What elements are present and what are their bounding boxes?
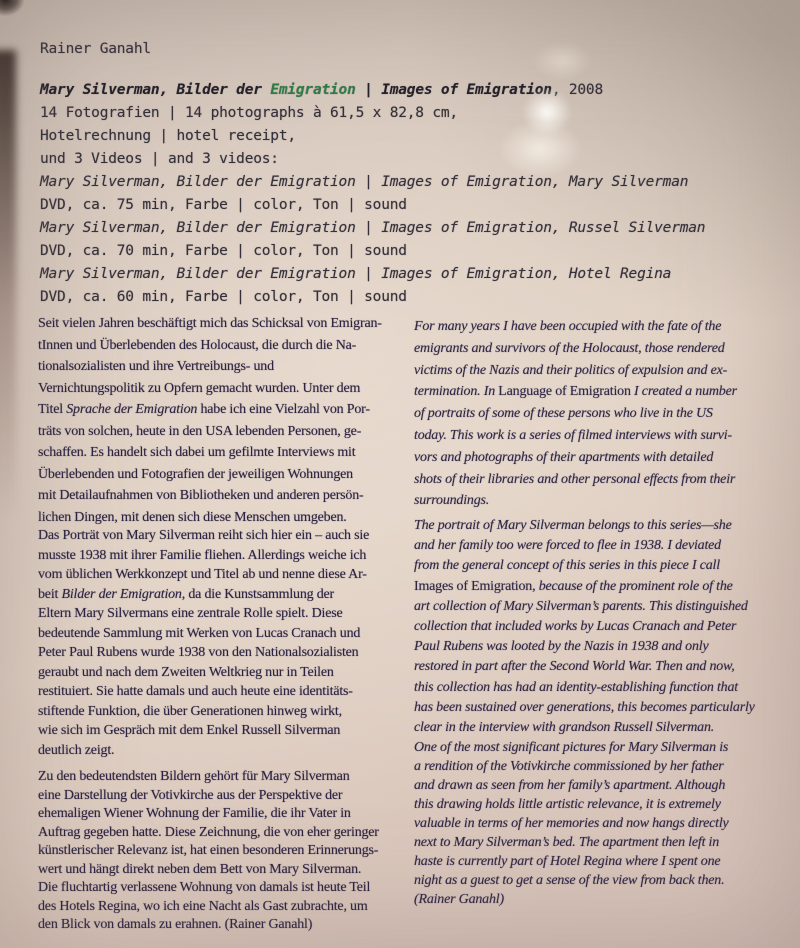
caption-line: DVD, ca. 60 min, Farbe | color, Ton | so… [40,286,705,309]
text-line: Titel Sprache der Emigration habe ich ei… [38,399,382,421]
german-paragraph-2: Das Porträt von Mary Silverman reiht sic… [38,526,369,760]
text-line: ehemaligen Wiener Wohnung der Familie, d… [38,805,379,824]
german-paragraph-1: Seit vielen Jahren beschäftigt mich das … [38,313,382,528]
text-line: Eltern Mary Silvermans eine zentrale Rol… [38,604,369,624]
text-line: des Hotels Regina, wo ich eine Nacht als… [38,898,379,917]
caption-line: DVD, ca. 70 min, Farbe | color, Ton | so… [40,240,705,263]
text-line: and drawn as seen from her family’s apar… [414,776,729,795]
text-line: termination. In Language of Emigration I… [414,381,737,403]
text-line: this collection has had an identity-esta… [414,678,755,698]
text-line: lichen Dingen, mit denen sich diese Mens… [38,507,382,529]
text-line: Paul Rubens was looted by the Nazis in 1… [414,637,755,657]
english-paragraph-2: The portrait of Mary Silverman belongs t… [414,516,755,738]
english-paragraph-3: One of the most significant pictures for… [414,738,729,909]
text-line: today. This work is a series of filmed i… [414,425,737,447]
glass-glare-highlight [532,42,592,80]
text-line: collection that included works by Lucas … [414,617,755,637]
text-line: a rendition of the Votivkirche commissio… [414,757,729,776]
text-line: beit Bilder der Emigration, da die Kunst… [38,585,369,605]
caption-line: Mary Silverman, Bilder der Emigration | … [40,263,705,286]
text-line: vom üblichen Werkkonzept und Titel ab un… [38,565,369,585]
text-line: Auftrag gegeben hatte. Diese Zeichnung, … [38,824,379,843]
text-line: Die fluchtartig verlassene Wohnung von d… [38,879,379,898]
caption-line: Mary Silverman, Bilder der Emigration | … [40,171,705,194]
text-line: One of the most significant pictures for… [414,738,729,757]
text-line: träts von solchen, heute in den USA lebe… [38,421,382,443]
work-title: Mary Silverman, Bilder der Emigration | … [40,79,705,102]
frame-edge-shadow [0,50,16,520]
german-paragraph-3: Zu den bedeutendsten Bildern gehört für … [38,768,379,935]
text-line: tInnen und Überlebenden des Holocaust, d… [38,335,382,357]
text-line: Peter Paul Rubens wurde 1938 von den Nat… [38,643,369,663]
text-line: of portraits of some of these persons wh… [414,403,737,425]
text-line: Vernichtungspolitik zu Opfern gemacht wu… [38,378,382,400]
english-paragraph-1: For many years I have been occupied with… [414,316,737,512]
text-line: For many years I have been occupied with… [414,316,737,338]
text-line: restituiert. Sie hatte damals und auch h… [38,682,369,702]
text-line: musste 1938 mit ihrer Familie fliehen. A… [38,546,369,566]
text-line: next to Mary Silverman’s bed. The apartm… [414,833,729,852]
text-line: and her family too were forced to flee i… [414,536,755,556]
caption-line: und 3 Videos | and 3 videos: [40,148,705,171]
text-line: valuable in terms of her memories and no… [414,814,729,833]
text-line: Überlebenden und Fotografien der jeweili… [38,464,382,486]
text-line: The portrait of Mary Silverman belongs t… [414,516,755,536]
text-line: Images of Emigration, because of the pro… [414,577,755,597]
text-line: deutlich zeigt. [38,741,369,761]
caption-block: Mary Silverman, Bilder der Emigration | … [40,79,705,309]
text-line: (Rainer Ganahl) [414,890,729,909]
text-line: haste is currently part of Hotel Regina … [414,852,729,871]
text-line: den Blick von damals zu erahnen. (Rainer… [38,916,379,935]
text-line: this drawing holds little artistic relev… [414,795,729,814]
title-segment: | Images of Emigration [356,82,552,98]
text-line: emigrants and survivors of the Holocaust… [414,338,737,360]
text-line: wie sich im Gespräch mit dem Enkel Russe… [38,721,369,741]
caption-line: 14 Fotografien | 14 photographs à 61,5 x… [40,102,705,125]
text-line: eine Darstellung der Votivkirche aus der… [38,787,379,806]
wall-label-photo: Rainer Ganahl Mary Silverman, Bilder der… [0,0,800,948]
text-line: art collection of Mary Silverman’s paren… [414,597,755,617]
text-line: surroundings. [414,490,737,512]
text-line: stiftende Funktion, die über Generatione… [38,702,369,722]
title-segment: Mary Silverman, Bilder der [40,82,270,98]
text-line: victims of the Nazis and their politics … [414,360,737,382]
text-line: schaffen. Es handelt sich dabei um gefil… [38,442,382,464]
text-line: vors and photographs of their apartments… [414,447,737,469]
text-line: clear in the interview with grandson Rus… [414,718,755,738]
text-line: has been sustained over generations, thi… [414,698,755,718]
title-segment: , 2008 [552,82,603,98]
text-line: geraubt und nach dem Zweiten Weltkrieg n… [38,663,369,683]
text-line: tionalsozialisten und ihre Vertreibungs-… [38,356,382,378]
artist-name: Rainer Ganahl [40,41,151,57]
text-line: from the general concept of this series … [414,556,755,576]
text-line: restored in part after the Second World … [414,657,755,677]
text-line: Seit vielen Jahren beschäftigt mich das … [38,313,382,335]
text-line: mit Detailaufnahmen von Bibliotheken und… [38,485,382,507]
title-segment: Emigration [270,82,355,98]
text-line: künstlerischer Relevanz ist, hat einen b… [38,842,379,861]
text-line: Zu den bedeutendsten Bildern gehört für … [38,768,379,787]
caption-line: Hotelrechnung | hotel receipt, [40,125,705,148]
caption-line: DVD, ca. 75 min, Farbe | color, Ton | so… [40,194,705,217]
text-line: night as a guest to get a sense of the v… [414,871,729,890]
caption-line: Mary Silverman, Bilder der Emigration | … [40,217,705,240]
text-line: wert und hängt direkt neben dem Bett von… [38,861,379,880]
text-line: shots of their libraries and other perso… [414,469,737,491]
caption-lines: 14 Fotografien | 14 photographs à 61,5 x… [40,102,705,309]
text-line: bedeutende Sammlung mit Werken von Lucas… [38,624,369,644]
text-line: Das Porträt von Mary Silverman reiht sic… [38,526,369,546]
